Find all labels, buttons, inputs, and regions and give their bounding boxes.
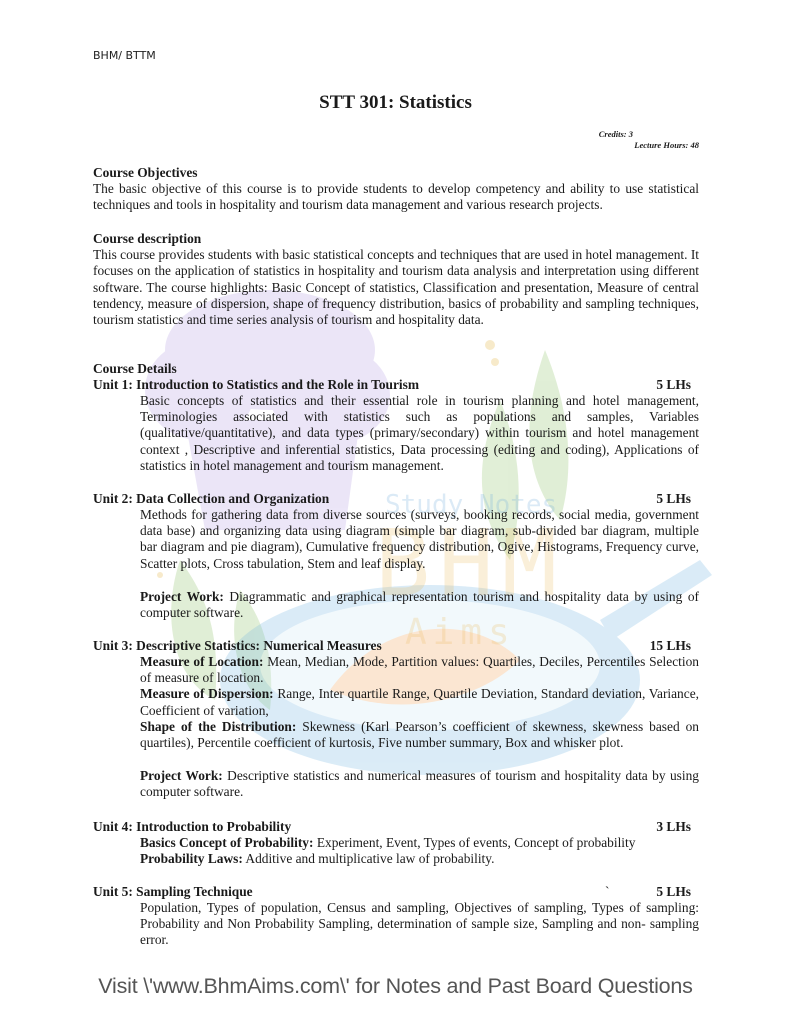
unit-2-header: Unit 2: Data Collection and Organization… [93, 491, 691, 507]
unit-1-header: Unit 1: Introduction to Statistics and t… [93, 377, 691, 393]
unit-4-item-laws-text: Additive and multiplicative law of proba… [243, 851, 495, 866]
credits-label: Credits: 3 [599, 129, 633, 140]
unit-3-project-label: Project Work: [140, 768, 223, 783]
credits-block: Credits: 3 Lecture Hours: 48 [599, 129, 633, 151]
unit-5-stray-mark: ` [605, 884, 609, 900]
unit-3-title: Unit 3: Descriptive Statistics: Numerica… [93, 638, 382, 654]
course-objectives-heading: Course Objectives [93, 165, 699, 181]
course-details-heading: Course Details [93, 361, 699, 377]
unit-4-item-basics: Basics Concept of Probability: Experimen… [140, 835, 699, 851]
unit-3-project-text: Descriptive statistics and numerical mea… [140, 768, 699, 799]
unit-2-project-label: Project Work: [140, 589, 224, 604]
unit-3-item-dispersion-label: Measure of Dispersion: [140, 686, 274, 701]
course-objectives-section: Course Objectives The basic objective of… [93, 165, 699, 214]
document-page: Study Notes BHM Aims BHM/ BTTM STT 301: … [0, 0, 791, 1024]
unit-4-header: Unit 4: Introduction to Probability 3 LH… [93, 819, 691, 835]
unit-3-item-shape-label: Shape of the Distribution: [140, 719, 296, 734]
unit-1-hours: 5 LHs [656, 377, 691, 393]
unit-5-title: Unit 5: Sampling Technique [93, 884, 253, 900]
unit-4-items: Basics Concept of Probability: Experimen… [140, 835, 699, 867]
unit-4-item-basics-label: Basics Concept of Probability: [140, 835, 313, 850]
unit-1-text: Basic concepts of statistics and their e… [140, 393, 699, 474]
unit-2-text: Methods for gathering data from diverse … [140, 507, 699, 572]
running-head: BHM/ BTTM [93, 48, 156, 64]
unit-5-header: Unit 5: Sampling Technique ` 5 LHs [93, 884, 691, 900]
unit-1-title: Unit 1: Introduction to Statistics and t… [93, 377, 419, 393]
unit-3-header: Unit 3: Descriptive Statistics: Numerica… [93, 638, 691, 654]
unit-3-item-dispersion: Measure of Dispersion: Range, Inter quar… [140, 686, 699, 718]
page-title: STT 301: Statistics [0, 95, 791, 111]
unit-5-text: Population, Types of population, Census … [140, 900, 699, 949]
unit-3-item-location: Measure of Location: Mean, Median, Mode,… [140, 654, 699, 686]
unit-3-project-work: Project Work: Descriptive statistics and… [140, 768, 699, 800]
unit-2-title: Unit 2: Data Collection and Organization [93, 491, 329, 507]
course-description-section: Course description This course provides … [93, 231, 699, 328]
lecture-hours-label: Lecture Hours: 48 [599, 140, 699, 151]
unit-4-title: Unit 4: Introduction to Probability [93, 819, 291, 835]
unit-3-item-location-label: Measure of Location: [140, 654, 263, 669]
footer-promo-text: Visit \'www.BhmAims.com\' for Notes and … [0, 978, 791, 994]
course-description-heading: Course description [93, 231, 699, 247]
unit-2-project-work: Project Work: Diagrammatic and graphical… [140, 589, 699, 621]
unit-4-hours: 3 LHs [656, 819, 691, 835]
unit-3-items: Measure of Location: Mean, Median, Mode,… [140, 654, 699, 751]
course-description-text: This course provides students with basic… [93, 247, 699, 328]
unit-2-hours: 5 LHs [656, 491, 691, 507]
unit-3-hours: 15 LHs [650, 638, 691, 654]
unit-2-project-text: Diagrammatic and graphical representatio… [140, 589, 699, 620]
unit-3-item-shape: Shape of the Distribution: Skewness (Kar… [140, 719, 699, 751]
unit-4-item-laws: Probability Laws: Additive and multiplic… [140, 851, 699, 867]
course-objectives-text: The basic objective of this course is to… [93, 181, 699, 213]
unit-4-item-laws-label: Probability Laws: [140, 851, 243, 866]
unit-5-hours: 5 LHs [656, 884, 691, 900]
unit-4-item-basics-text: Experiment, Event, Types of events, Conc… [313, 835, 635, 850]
